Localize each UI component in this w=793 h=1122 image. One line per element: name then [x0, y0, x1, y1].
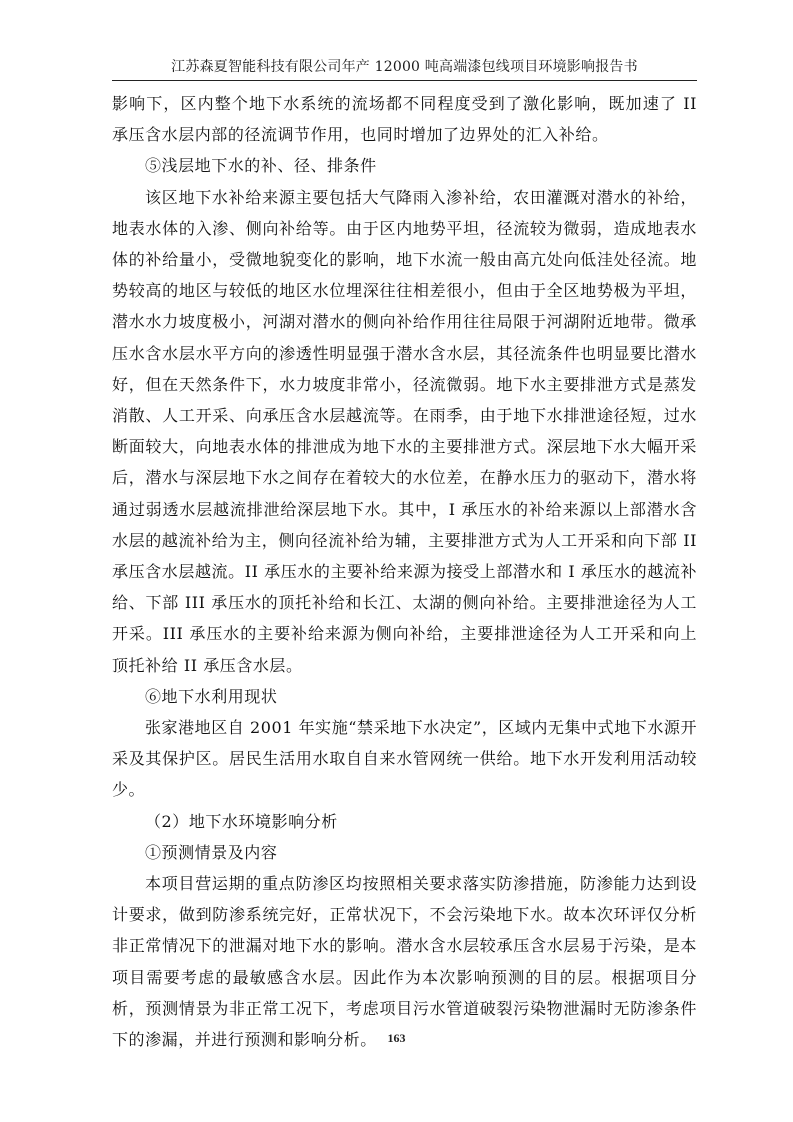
paragraph-recharge-conditions: 该区地下水补给来源主要包括大气降雨入渗补给，农田灌溉对潜水的补给，地表水体的入渗… [112, 182, 697, 681]
document-body: 影响下，区内整个地下水系统的流场都不同程度受到了激化影响，既加速了 II 承压含… [112, 88, 697, 1055]
page-header: 江苏森夏智能科技有限公司年产 12000 吨高端漆包线项目环境影响报告书 [112, 58, 697, 81]
page-number: 163 [0, 1031, 793, 1046]
paragraph-continuation: 影响下，区内整个地下水系统的流场都不同程度受到了激化影响，既加速了 II 承压含… [112, 88, 697, 150]
section-heading-groundwater-use: ⑥地下水利用现状 [112, 681, 697, 712]
section-heading-recharge-runoff-discharge: ⑤浅层地下水的补、径、排条件 [112, 150, 697, 181]
paragraph-groundwater-use: 张家港地区自 2001 年实施“禁采地下水决定”，区域内无集中式地下水源开采及其… [112, 712, 697, 806]
paragraph-prediction-scenario: 本项目营运期的重点防渗区均按照相关要求落实防渗措施，防渗能力达到设计要求，做到防… [112, 868, 697, 1055]
section-heading-prediction-scenario: ①预测情景及内容 [112, 837, 697, 868]
document-title: 江苏森夏智能科技有限公司年产 12000 吨高端漆包线项目环境影响报告书 [171, 59, 638, 75]
section-heading-impact-analysis: （2）地下水环境影响分析 [112, 806, 697, 837]
